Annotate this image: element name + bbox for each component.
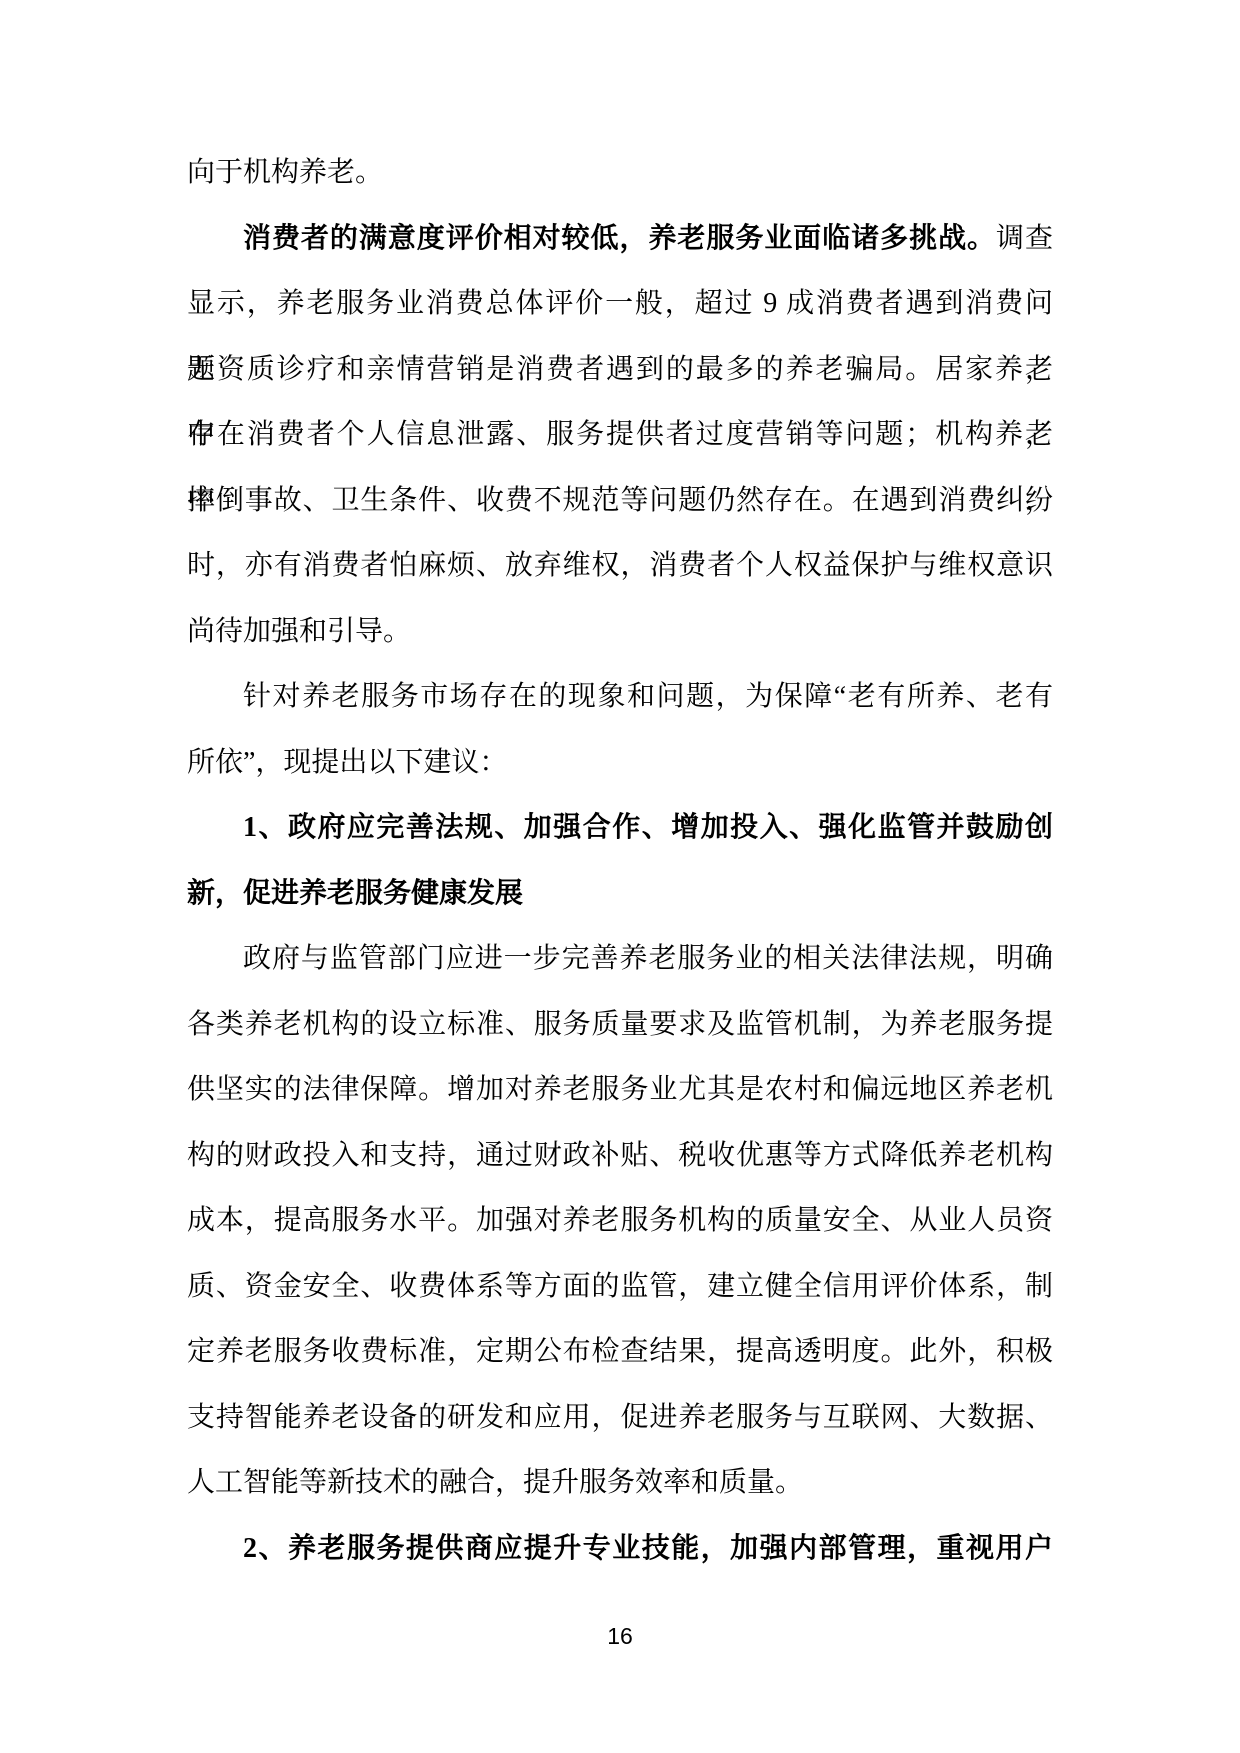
- text-line: 成本，提高服务水平。加强对养老服务机构的质量安全、从业人员资: [187, 1188, 1053, 1254]
- text-run: 质、资金安全、收费体系等方面的监管，建立健全信用评价体系，制: [187, 1271, 1053, 1302]
- text-line: 供坚实的法律保障。增加对养老服务业尤其是农村和偏远地区养老机: [187, 1057, 1053, 1123]
- text-line: 1、政府应完善法规、加强合作、增加投入、强化监管并鼓励创: [187, 795, 1053, 861]
- text-line: 政府与监管部门应进一步完善养老服务业的相关法律法规，明确: [187, 926, 1053, 992]
- text-line: 质、资金安全、收费体系等方面的监管，建立健全信用评价体系，制: [187, 1254, 1053, 1320]
- text-line: 时，亦有消费者怕麻烦、放弃维权，消费者个人权益保护与维权意识: [187, 533, 1053, 599]
- text-line: 向于机构养老。: [187, 140, 1053, 206]
- text-line: 2、养老服务提供商应提升专业技能，加强内部管理，重视用户: [187, 1516, 1053, 1582]
- text-line: 定养老服务收费标准，定期公布检查结果，提高透明度。此外，积极: [187, 1319, 1053, 1385]
- text-line: 消费者的满意度评价相对较低，养老服务业面临诸多挑战。调查: [187, 206, 1053, 272]
- body-text: 向于机构养老。消费者的满意度评价相对较低，养老服务业面临诸多挑战。调查显示，养老…: [187, 140, 1053, 1581]
- text-line: 所依”，现提出以下建议：: [187, 730, 1053, 796]
- page-number: 16: [0, 1620, 1240, 1652]
- text-line: 构的财政投入和支持，通过财政补贴、税收优惠等方式降低养老机构: [187, 1123, 1053, 1189]
- text-run: 向于机构养老。: [187, 157, 383, 188]
- text-line: 新，促进养老服务健康发展: [187, 861, 1053, 927]
- text-line: 人工智能等新技术的融合，提升服务效率和质量。: [187, 1450, 1053, 1516]
- text-line: 支持智能养老设备的研发和应用，促进养老服务与互联网、大数据、: [187, 1385, 1053, 1451]
- bold-text-run: 1、政府应完善法规、加强合作、增加投入、强化监管并鼓励创: [243, 812, 1053, 843]
- text-line: 无资质诊疗和亲情营销是消费者遇到的最多的养老骗局。居家养老中，: [187, 337, 1053, 403]
- text-run: 构的财政投入和支持，通过财政补贴、税收优惠等方式降低养老机构: [187, 1140, 1053, 1171]
- text-run: 供坚实的法律保障。增加对养老服务业尤其是农村和偏远地区养老机: [187, 1074, 1053, 1105]
- text-run: 政府与监管部门应进一步完善养老服务业的相关法律法规，明确: [243, 943, 1053, 974]
- text-line: 各类养老机构的设立标准、服务质量要求及监管机制，为养老服务提: [187, 992, 1053, 1058]
- text-line: 摔倒事故、卫生条件、收费不规范等问题仍然存在。在遇到消费纠纷: [187, 468, 1053, 534]
- text-run: 人工智能等新技术的融合，提升服务效率和质量。: [187, 1467, 803, 1498]
- text-run: 各类养老机构的设立标准、服务质量要求及监管机制，为养老服务提: [187, 1009, 1053, 1040]
- bold-text-run: 2、养老服务提供商应提升专业技能，加强内部管理，重视用户: [243, 1533, 1053, 1564]
- text-line: 显示，养老服务业消费总体评价一般，超过 9 成消费者遇到消费问题，: [187, 271, 1053, 337]
- text-line: 尚待加强和引导。: [187, 599, 1053, 665]
- text-run: 摔倒事故、卫生条件、收费不规范等问题仍然存在。在遇到消费纠纷: [187, 485, 1053, 516]
- text-run: 成本，提高服务水平。加强对养老服务机构的质量安全、从业人员资: [187, 1205, 1053, 1236]
- text-run: 定养老服务收费标准，定期公布检查结果，提高透明度。此外，积极: [187, 1336, 1053, 1367]
- text-run: 所依”，现提出以下建议：: [187, 747, 507, 778]
- bold-text-run: 新，促进养老服务健康发展: [187, 878, 523, 909]
- document-page: 向于机构养老。消费者的满意度评价相对较低，养老服务业面临诸多挑战。调查显示，养老…: [0, 0, 1240, 1753]
- text-run: 调查: [996, 223, 1053, 254]
- text-line: 存在消费者个人信息泄露、服务提供者过度营销等问题；机构养老中，: [187, 402, 1053, 468]
- text-run: 尚待加强和引导。: [187, 616, 411, 647]
- text-run: 支持智能养老设备的研发和应用，促进养老服务与互联网、大数据、: [187, 1402, 1053, 1433]
- text-run: 时，亦有消费者怕麻烦、放弃维权，消费者个人权益保护与维权意识: [187, 550, 1053, 581]
- bold-text-run: 消费者的满意度评价相对较低，养老服务业面临诸多挑战。: [243, 223, 996, 254]
- text-run: 针对养老服务市场存在的现象和问题，为保障“老有所养、老有: [243, 681, 1053, 712]
- text-line: 针对养老服务市场存在的现象和问题，为保障“老有所养、老有: [187, 664, 1053, 730]
